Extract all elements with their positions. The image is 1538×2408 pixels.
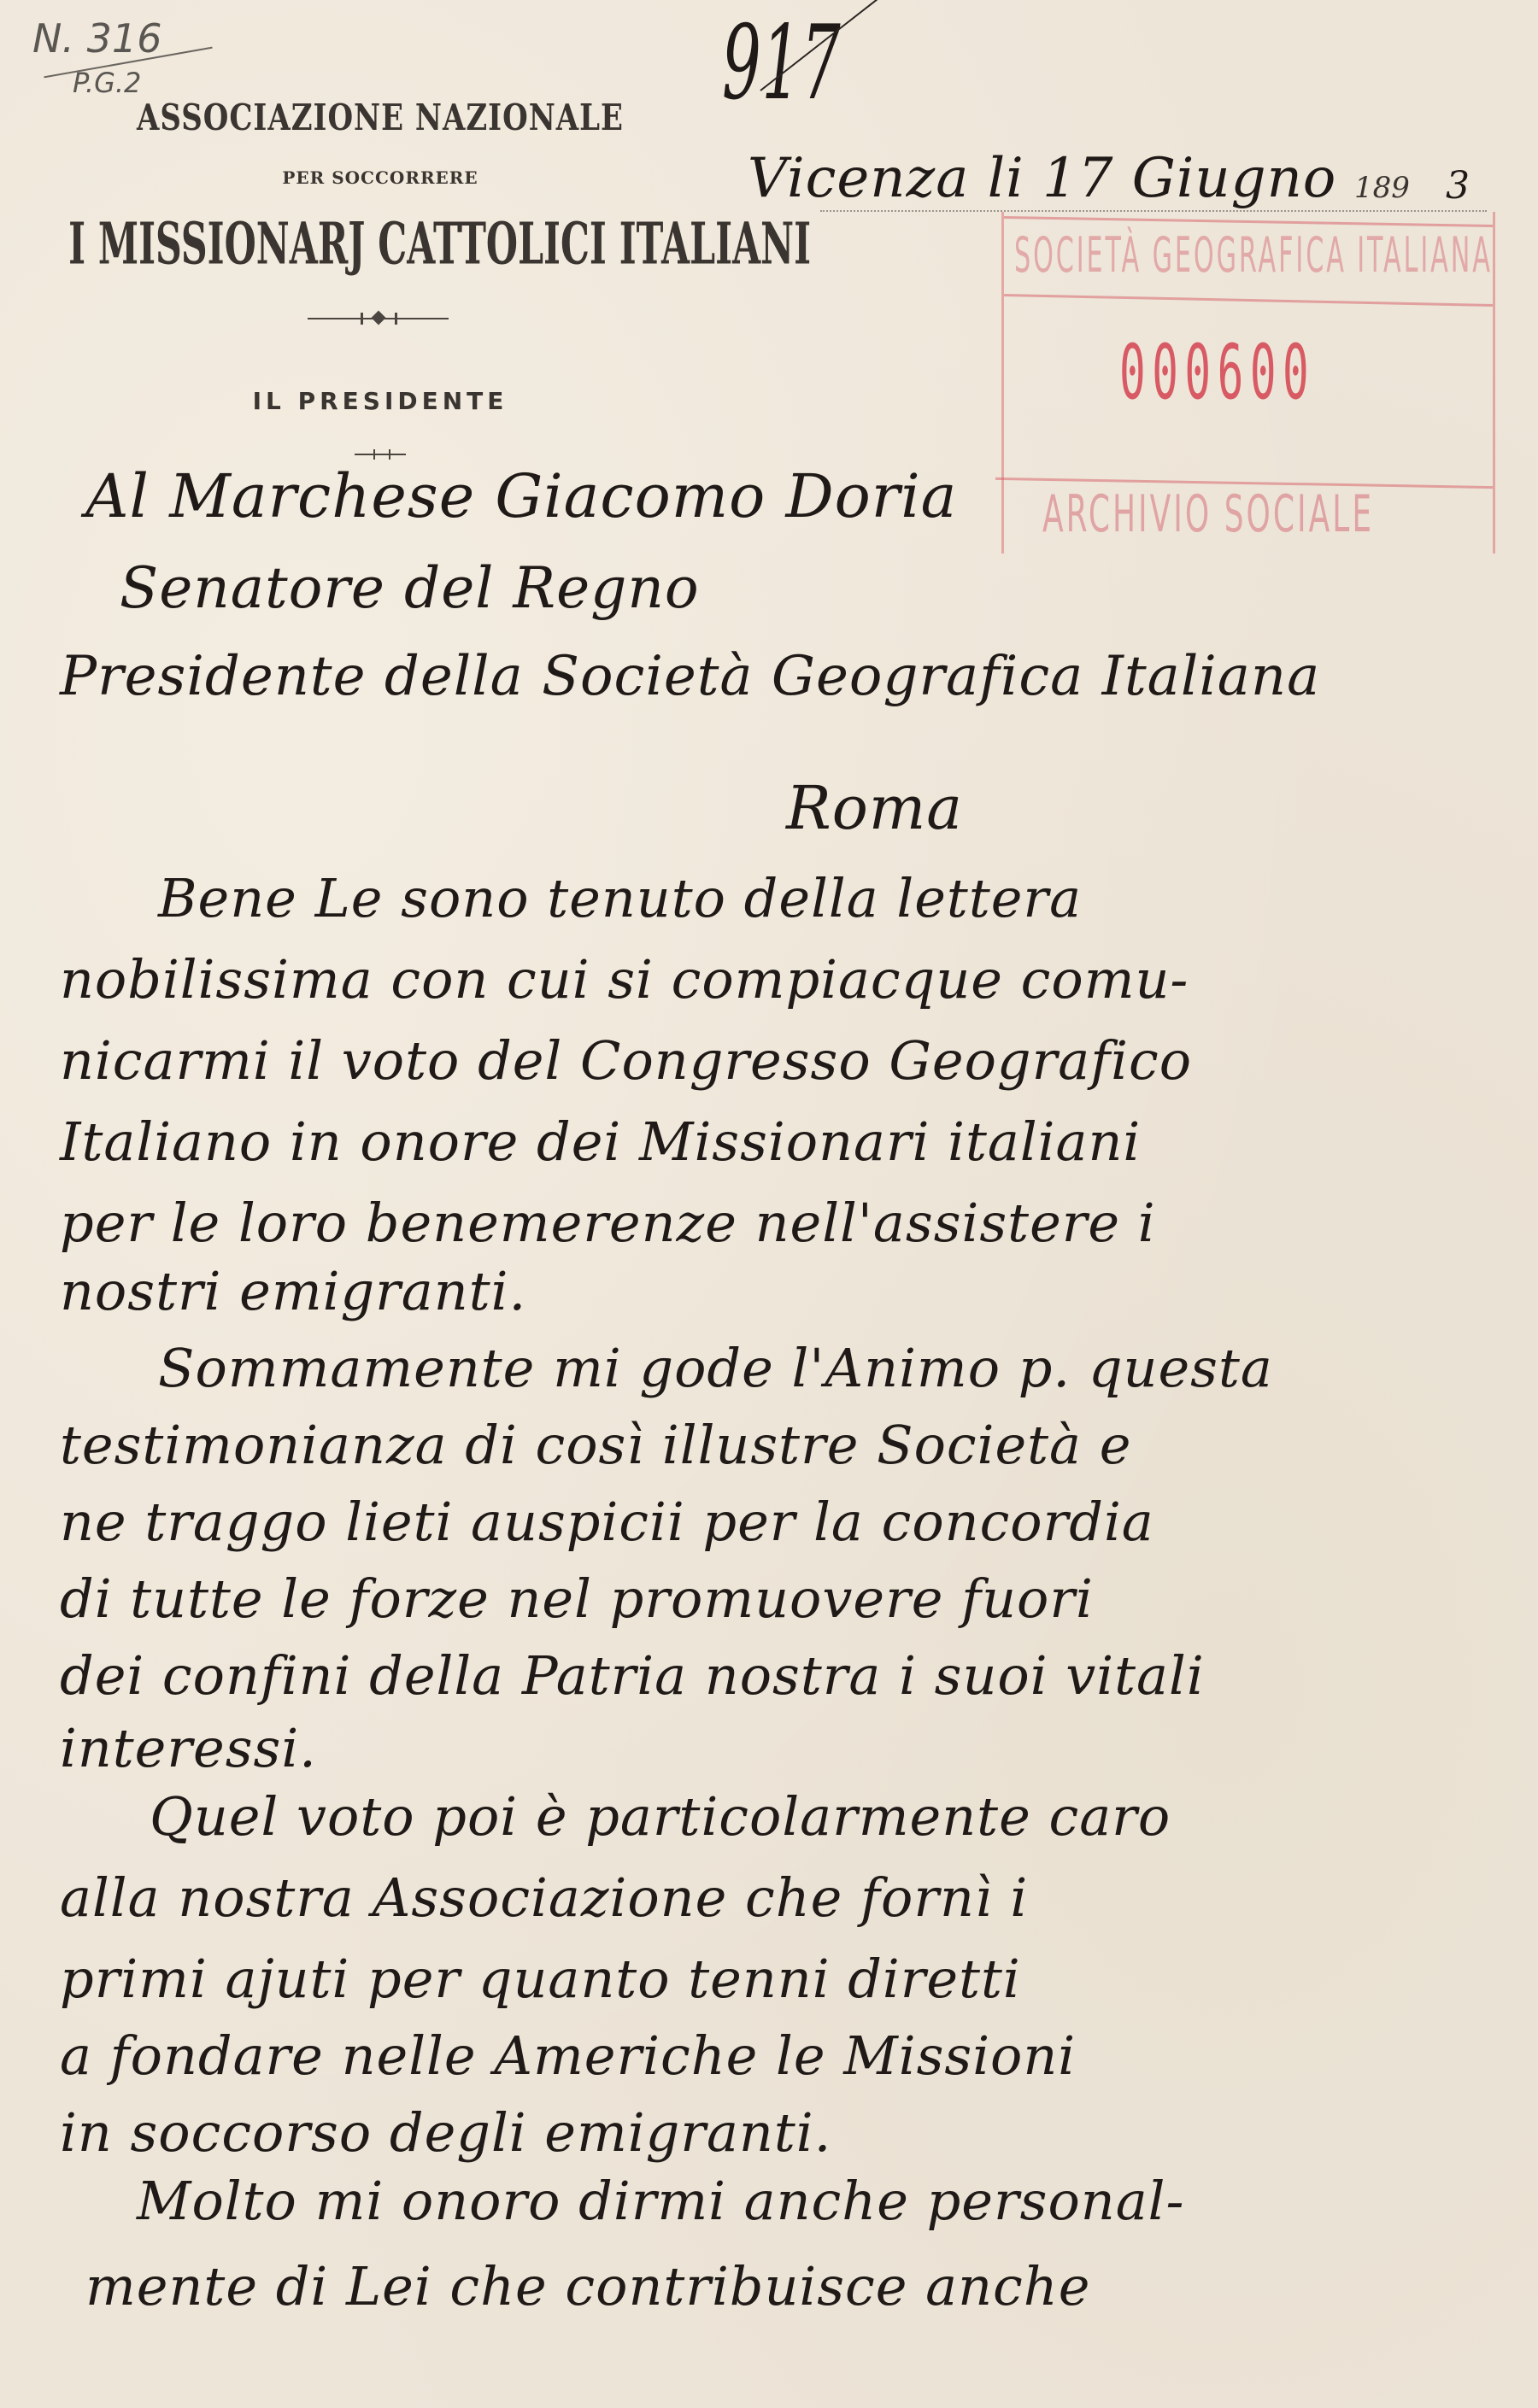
stamp-number: 000600 <box>1119 330 1315 418</box>
body-line-16: a fondare nelle Americhe le Missioni <box>60 2024 1076 2087</box>
archive-pencil-number: N. 316 <box>32 15 161 62</box>
address-city: Roma <box>786 773 963 843</box>
body-line-3: nicarmi il voto del Congresso Geografico <box>60 1029 1192 1092</box>
body-line-2: nobilissima con cui si compiacque comu- <box>60 948 1189 1011</box>
stamp-upper-rule <box>1004 294 1493 307</box>
body-line-15: primi ajuti per quanto tenni diretti <box>60 1948 1021 2010</box>
letterhead-role: IL PRESIDENTE <box>0 387 760 415</box>
body-line-13: Quel voto poi è particolarmente caro <box>150 1785 1171 1848</box>
stamp-footer: ARCHIVIO SOCIALE <box>1042 484 1374 544</box>
body-line-11: dei confini della Patria nostra i suoi v… <box>60 1644 1205 1707</box>
body-line-17: in soccorso degli emigranti. <box>60 2101 831 2164</box>
small-ornament-icon <box>355 449 406 460</box>
archive-pencil-ref: P.G.2 <box>73 67 141 99</box>
body-line-14: alla nostra Associazione che fornì i <box>60 1866 1028 1929</box>
body-line-9: ne traggo lieti auspicii per la concordi… <box>60 1491 1154 1553</box>
body-line-8: testimonianza di così illustre Società e <box>60 1414 1131 1476</box>
body-line-1: Bene Le sono tenuto della lettera <box>158 867 1082 929</box>
date-year-prefix: 189 <box>1354 171 1410 205</box>
date-year-suffix: 3 <box>1446 164 1470 208</box>
letterhead-line3: I MISSIONARJ CATTOLICI ITALIANI <box>68 210 692 278</box>
body-line-12: interessi. <box>60 1717 317 1779</box>
address-title: Senatore del Regno <box>120 555 700 621</box>
body-line-10: di tutte le forze nel promuovere fuori <box>60 1567 1094 1630</box>
body-line-7: Sommamente mi gode l'Animo p. questa <box>158 1337 1273 1399</box>
stamp-title: SOCIETÀ GEOGRAFICA ITALIANA <box>1014 226 1493 283</box>
date-place-day: Vicenza li 17 Giugno <box>748 147 1336 210</box>
body-line-19: mente di Lei che contribuisce anche <box>85 2255 1090 2317</box>
archive-stamp: SOCIETÀ GEOGRAFICA ITALIANA 000600 ARCHI… <box>1001 212 1495 554</box>
body-line-18: Molto mi onoro dirmi anche personal- <box>137 2170 1184 2232</box>
body-line-4: Italiano in onore dei Missionari italian… <box>60 1110 1141 1173</box>
body-line-5: per le loro benemerenze nell'assistere i <box>60 1192 1156 1254</box>
letterhead-line1: ASSOCIAZIONE NAZIONALE <box>0 97 760 139</box>
address-position: Presidente della Società Geografica Ital… <box>60 645 1320 708</box>
stamp-top-rule <box>1004 216 1493 227</box>
ornament-divider-icon <box>308 313 449 325</box>
body-line-6: nostri emigranti. <box>60 1260 526 1322</box>
letterhead-line2: PER SOCCORRERE <box>0 167 760 188</box>
address-recipient: Al Marchese Giacomo Doria <box>85 461 957 531</box>
